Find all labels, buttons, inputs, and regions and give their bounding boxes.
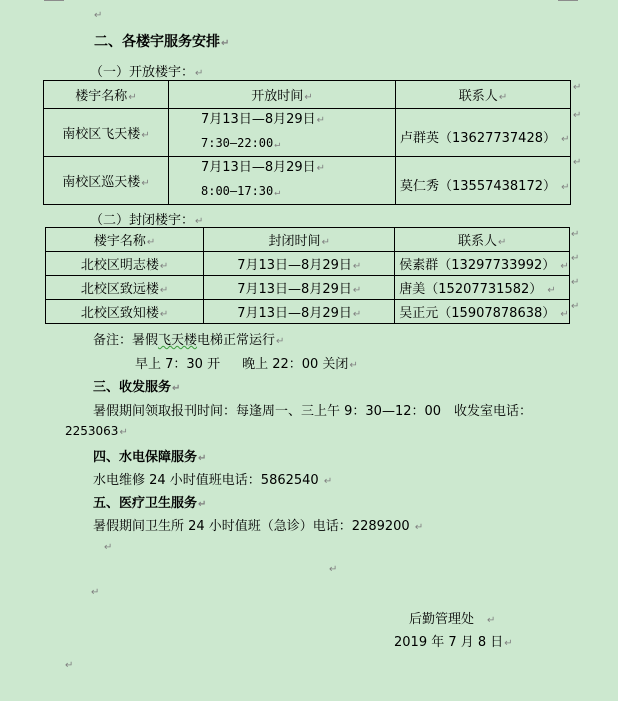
open-buildings-table: 楼宇名称↵ 开放时间↵ 联系人↵ 南校区飞天楼↵ 7月13日—8月29日↵ 7:… [43, 80, 571, 205]
header-building-name: 楼宇名称↵ [46, 228, 204, 252]
signature-org: 后勤管理处↵ [409, 608, 495, 627]
contact-cell: 莫仁秀（13557438172） ↵ [396, 157, 571, 205]
row-end-mark: ↵ [573, 110, 581, 121]
table-row: 北校区明志楼↵ 7月13日—8月29日↵ 侯素群（13297733992） ↵ [46, 252, 570, 276]
paragraph-mark: ↵ [91, 587, 99, 598]
daily-hours: 8:00—17:30↵ [201, 180, 395, 204]
date-range: 7月13日—8月29日↵ [201, 157, 395, 180]
row-end-mark: ↵ [571, 301, 579, 312]
paragraph-mark: ↵ [65, 660, 73, 671]
open-time-cell: 7月13日—8月29日↵ 7:30—22:00↵ [169, 109, 396, 157]
utility-service-text: 水电维修 24 小时值班电话：5862540 ↵ [93, 469, 332, 488]
contact-cell: 侯素群（13297733992） ↵ [395, 252, 570, 276]
spellcheck-underlined-text: 飞天楼 [158, 333, 197, 348]
header-contact: 联系人↵ [396, 81, 571, 109]
note-elevator-hours: 早上 7：30 开晚上 22：00 关闭↵ [135, 353, 358, 372]
mail-room-phone: 2253063↵ [65, 424, 128, 438]
closed-buildings-table: 楼宇名称↵ 封闭时间↵ 联系人↵ 北校区明志楼↵ 7月13日—8月29日↵ 侯素… [45, 227, 570, 324]
section-4-title: 四、水电保障服务↵ [93, 446, 206, 465]
contact-cell: 唐美（15207731582） ↵ [395, 276, 570, 300]
closed-buildings-subtitle: （二）封闭楼宇：↵ [90, 209, 203, 228]
table-row: 北校区致知楼↵ 7月13日—8月29日↵ 吴正元（15907878638） ↵ [46, 300, 570, 324]
section-2-title: 二、各楼宇服务安排↵ [94, 31, 229, 51]
paragraph-mark: ↵ [104, 542, 112, 553]
table-header-row: 楼宇名称↵ 开放时间↵ 联系人↵ [44, 81, 571, 109]
section-5-title: 五、医疗卫生服务↵ [93, 492, 206, 511]
paragraph-mark: ↵ [94, 10, 102, 21]
building-name-cell: 北校区明志楼↵ [46, 252, 204, 276]
open-time-cell: 7月13日—8月29日↵ 8:00—17:30↵ [169, 157, 396, 205]
page-corner-mark-right [558, 0, 578, 1]
building-name-cell: 北校区致远楼↵ [46, 276, 204, 300]
paragraph-mark: ↵ [329, 564, 337, 575]
closed-time-cell: 7月13日—8月29日↵ [204, 252, 395, 276]
header-building-name: 楼宇名称↵ [44, 81, 169, 109]
row-end-mark: ↵ [573, 157, 581, 168]
table-row: 南校区巡天楼↵ 7月13日—8月29日↵ 8:00—17:30↵ 莫仁秀（135… [44, 157, 571, 205]
page-corner-mark-left [44, 0, 64, 1]
contact-cell: 吴正元（15907878638） ↵ [395, 300, 570, 324]
contact-cell: 卢群英（13627737428） ↵ [396, 109, 571, 157]
header-open-time: 开放时间↵ [169, 81, 396, 109]
section-3-title: 三、收发服务↵ [93, 376, 180, 395]
row-end-mark: ↵ [571, 253, 579, 264]
signature-date: 2019 年 7 月 8 日↵ [394, 631, 513, 650]
row-end-mark: ↵ [573, 82, 581, 93]
daily-hours: 7:30—22:00↵ [201, 132, 395, 156]
medical-service-text: 暑假期间卫生所 24 小时值班（急诊）电话：2289200 ↵ [93, 515, 423, 534]
header-closed-time: 封闭时间↵ [204, 228, 395, 252]
closed-time-cell: 7月13日—8月29日↵ [204, 276, 395, 300]
row-end-mark: ↵ [571, 229, 579, 240]
table-row: 南校区飞天楼↵ 7月13日—8月29日↵ 7:30—22:00↵ 卢群英（136… [44, 109, 571, 157]
closed-time-cell: 7月13日—8月29日↵ [204, 300, 395, 324]
date-range: 7月13日—8月29日↵ [201, 109, 395, 132]
mail-service-text: 暑假期间领取报刊时间：每逢周一、三上午 9：30—12：00 收发室电话： [93, 400, 532, 419]
table-header-row: 楼宇名称↵ 封闭时间↵ 联系人↵ [46, 228, 570, 252]
row-end-mark: ↵ [571, 277, 579, 288]
table-row: 北校区致远楼↵ 7月13日—8月29日↵ 唐美（15207731582） ↵ [46, 276, 570, 300]
building-name-cell: 南校区巡天楼↵ [44, 157, 169, 205]
note-elevator: 备注：暑假飞天楼电梯正常运行↵ [93, 329, 284, 348]
building-name-cell: 北校区致知楼↵ [46, 300, 204, 324]
open-buildings-subtitle: （一）开放楼宇：↵ [90, 61, 203, 80]
header-contact: 联系人↵ [395, 228, 570, 252]
building-name-cell: 南校区飞天楼↵ [44, 109, 169, 157]
